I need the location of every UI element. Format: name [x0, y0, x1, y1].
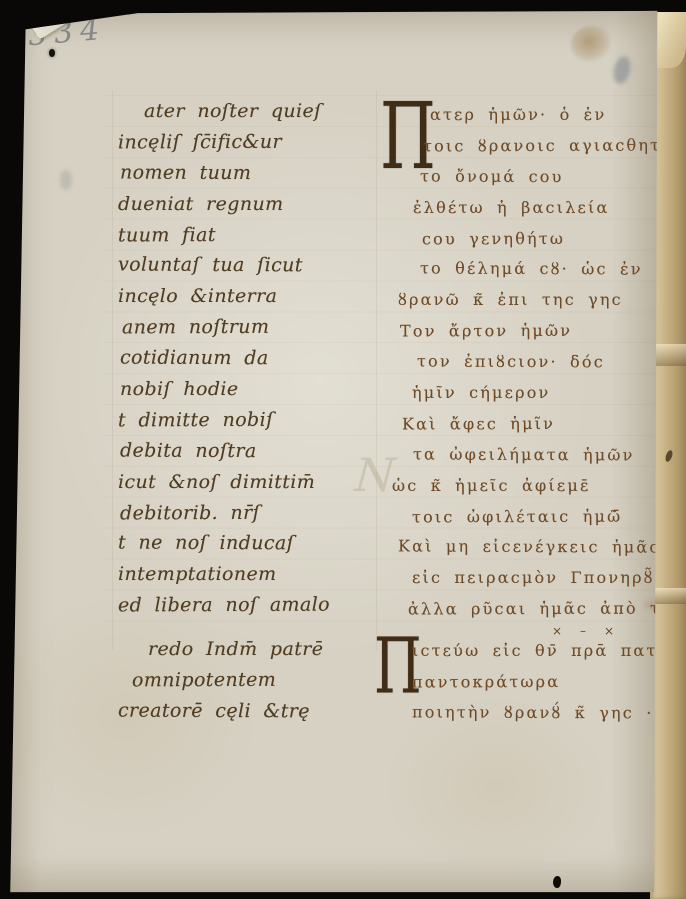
latin-prayer-line: voluntaſ tua ſicut — [118, 250, 330, 282]
greek-prayer-line: ἀλλα ρῦϲαι ἡμᾶϲ ἀπὸ τȣ̃ — [390, 594, 682, 626]
greek-prayer-line: ȣρανῶ κ̃ ἐπι τηϲ γηϲ — [390, 285, 682, 316]
greek-credo-line: παντοκράτωρα — [412, 666, 686, 698]
greek-prayer-line: τον ἐπιȣϲιον· δόϲ — [390, 346, 682, 378]
latin-prayer-line: dueniat regnum — [118, 189, 330, 220]
latin-prayer-line: t ne noſ inducaſ — [118, 528, 330, 560]
greek-prayer-line: ατερ ἡμῶν· ὁ ἐν — [390, 100, 682, 131]
greek-prayer-line: ϲου γενηθήτω — [390, 223, 682, 255]
latin-prayer-line: tuum fiat — [118, 219, 330, 251]
greek-prayer-line: τα ὠφειλήματα ἡμῶν — [390, 439, 682, 471]
parchment-page: 334 N ater noſter quieſincęliſ ſc̄ific&u… — [8, 10, 658, 893]
greek-credo-line: ιϲτεύω εἰϲ θν̄ πρᾱ πατέρα — [412, 636, 686, 667]
greek-prayer-line: ἐλθέτω ἡ βαϲιλεία — [390, 193, 682, 224]
latin-prayer-line: debita noſtra — [118, 435, 330, 467]
graphite-smudge — [60, 170, 72, 190]
latin-prayer-line: debitorib. nr̄ſ — [118, 497, 330, 529]
greek-column: ατερ ἡμῶν· ὁ ἐντοιϲ ȣρανοιϲ αγιαϲθητωτο … — [390, 100, 682, 625]
stain — [571, 26, 611, 62]
ruling-vertical-line — [376, 90, 377, 650]
latin-prayer-line: icut &noſ dimittim̄ — [118, 467, 330, 498]
latin-prayer-line: nobiſ hodie — [118, 374, 330, 405]
latin-prayer-line: intemptationem — [118, 559, 330, 590]
greek-prayer-line: Τον ἄρτον ἡμῶν — [390, 316, 682, 348]
latin-prayer-line: incęliſ ſc̄ific&ur — [118, 126, 330, 158]
latin-prayer-line: incęlo &interra — [118, 281, 330, 312]
manuscript-photo: 334 N ater noſter quieſincęliſ ſc̄ific&u… — [0, 0, 686, 899]
latin-prayer-line: ed libera noſ amalo — [118, 590, 330, 622]
latin-prayer-line: cotidianum da — [118, 343, 330, 375]
greek-prayer-line: το θέλημά ϲȣ· ὡϲ ἐν — [390, 254, 682, 286]
latin-credo-line: creatorē cęli &trę — [118, 695, 324, 727]
ink-dot — [552, 876, 562, 889]
latin-credo-lines: redo Indm̄ patrēomnipotentemcreatorē cęl… — [118, 634, 323, 727]
edge-crease — [650, 588, 686, 604]
greek-prayer-line: ἡμῖν ϲήμερον — [390, 378, 682, 409]
greek-prayer-line: εἰϲ πειραϲμὸν Γπονηρȣ̃ :· — [390, 563, 682, 594]
greek-credo-lines: ιϲτεύω εἰϲ θν̄ πρᾱ πατέραπαντοκράτωραποι… — [412, 636, 686, 729]
latin-credo-line: redo Indm̄ patrē — [118, 634, 323, 665]
wormhole — [49, 49, 55, 57]
latin-prayer-line: nomen tuum — [118, 157, 330, 189]
latin-prayer-line: ater noſter quieſ — [118, 96, 330, 127]
edge-blemish — [664, 449, 674, 462]
greek-prayer-line: τοιϲ ὠφιλέταιϲ ἡμῶ̄ — [390, 501, 682, 533]
latin-column: ater noſter quieſincęliſ ſc̄ific&urnomen… — [118, 96, 330, 621]
greek-prayer-line: το ὄνομά ϲου — [390, 161, 682, 193]
greek-prayer-lines: ατερ ἡμῶν· ὁ ἐντοιϲ ȣρανοιϲ αγιαϲθητωτο … — [390, 100, 682, 625]
latin-credo-line: omnipotentem — [118, 664, 324, 696]
latin-prayer-line: anem noſtrum — [118, 312, 330, 344]
greek-credo-section: ιϲτεύω εἰϲ θν̄ πρᾱ πατέραπαντοκράτωραποι… — [412, 636, 686, 729]
latin-prayer-lines: ater noſter quieſincęliſ ſc̄ific&urnomen… — [118, 96, 330, 621]
graphite-smudge — [611, 55, 632, 86]
greek-prayer-line: Καὶ ἄφεϲ ἡμῖν — [390, 408, 682, 440]
latin-prayer-line: t dimitte nobiſ — [118, 404, 330, 436]
greek-credo-line: ποιητὴν ȣρανȣ́ κ̃ γηϲ ·+ — [412, 697, 686, 729]
greek-prayer-line: Καὶ μη εἰϲενέγκειϲ ἡμᾶϲ — [390, 532, 682, 564]
ruling-vertical-line — [112, 90, 113, 650]
latin-credo-section: redo Indm̄ patrēomnipotentemcreatorē cęl… — [118, 634, 323, 727]
greek-prayer-line: ὡϲ κ̃ ἡμεῖϲ ἀφίεμε̄ — [390, 471, 682, 502]
greek-prayer-line: τοιϲ ȣρανοιϲ αγιαϲθητω — [390, 130, 682, 162]
